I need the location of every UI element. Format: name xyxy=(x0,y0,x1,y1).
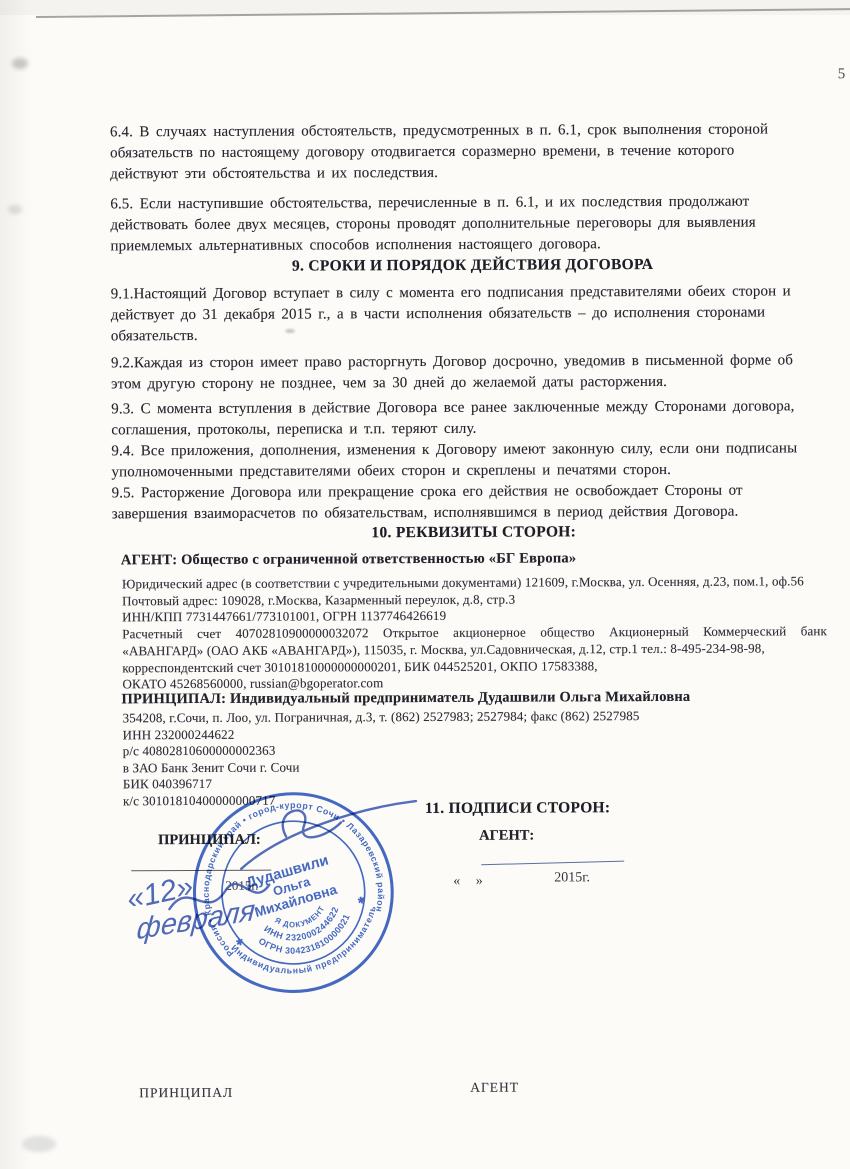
clause-6-5: 6.5. Если наступившие обстоятельства, пе… xyxy=(110,192,756,258)
clause-9-1: 9.1.Настоящий Договор вступает в силу с … xyxy=(111,281,791,347)
text-line: 6.5. Если наступившие обстоятельства, пе… xyxy=(110,192,755,216)
text-line: 6.4. В случаях наступления обстоятельств… xyxy=(110,119,768,143)
text-line: обязательств. xyxy=(111,323,791,347)
text-line: уполномоченными представителями обеих ст… xyxy=(111,459,797,483)
text-line: 9.5. Расторжение Договора или прекращени… xyxy=(112,481,743,505)
principal-title: ПРИНЦИПАЛ: Индивидуальный предпринимател… xyxy=(121,689,690,708)
agent-date-year: 2015г. xyxy=(554,870,590,886)
text-line: 9.1.Настоящий Договор вступает в силу с … xyxy=(111,281,791,305)
page-number: 5 xyxy=(838,66,846,83)
text-line: действуют эти обстоятельства и их послед… xyxy=(110,161,768,185)
clause-9-3: 9.3. С момента вступления в действие Дог… xyxy=(111,396,794,441)
scanned-contract-page: { "page_number": "5", "paragraphs": { "p… xyxy=(0,0,850,1169)
text-line: соглашения, протоколы, переписка и т.п. … xyxy=(111,417,794,441)
agent-detail-line: «АВАНГАРД» (ОАО АКБ «АВАНГАРД»), 115035,… xyxy=(122,639,827,660)
clause-6-4: 6.4. В случаях наступления обстоятельств… xyxy=(110,119,768,185)
text-line: этом другую сторону не позднее, чем за 3… xyxy=(111,371,793,395)
footer-agent-label: АГЕНТ xyxy=(470,1080,519,1096)
section-9-heading: 9. СРОКИ И ПОРЯДОК ДЕЙСТВИЯ ДОГОВОРА xyxy=(111,255,835,276)
agent-title: АГЕНТ: Общество с ограниченной ответстве… xyxy=(121,550,576,569)
clause-9-5: 9.5. Расторжение Договора или прекращени… xyxy=(112,481,743,526)
document-content: 5 6.4. В случаях наступления обстоятельс… xyxy=(0,0,850,1169)
agent-details: Юридический адрес (в соответствии с учре… xyxy=(122,573,827,693)
agent-signature-label: АГЕНТ: xyxy=(479,828,534,845)
clause-9-4: 9.4. Все приложения, дополнения, изменен… xyxy=(111,438,797,483)
text-line: 9.2.Каждая из сторон имеет право расторг… xyxy=(111,350,793,374)
principal-stamp: Россия • Краснодарский край • город-куро… xyxy=(186,785,401,1000)
text-line: действовать более двух месяцев, стороны … xyxy=(110,213,755,237)
clause-9-2: 9.2.Каждая из сторон имеет право расторг… xyxy=(111,350,793,395)
text-line: 9.4. Все приложения, дополнения, изменен… xyxy=(111,438,797,462)
text-line: приемлемых альтернативных способов испол… xyxy=(110,234,755,258)
text-line: действует до 31 декабря 2015 г., а в час… xyxy=(111,302,791,326)
text-line: завершения взаиморасчетов по обязательст… xyxy=(112,502,743,526)
text-line: 9.3. С момента вступления в действие Дог… xyxy=(111,396,794,420)
text-line: обязательств по настоящему договору отод… xyxy=(110,140,768,164)
stamp-star-left: ✱ xyxy=(235,936,245,948)
principal-detail-line: 354208, г.Сочи, п. Лоо, ул. Пограничная,… xyxy=(123,708,640,727)
agent-detail-line: Юридический адрес (в соответствии с учре… xyxy=(122,573,827,593)
agent-signature-line xyxy=(481,861,624,866)
section-10-heading: 10. РЕКВИЗИТЫ СТОРОН: xyxy=(112,522,836,543)
footer-principal-label: ПРИНЦИПАЛ xyxy=(139,1085,233,1101)
